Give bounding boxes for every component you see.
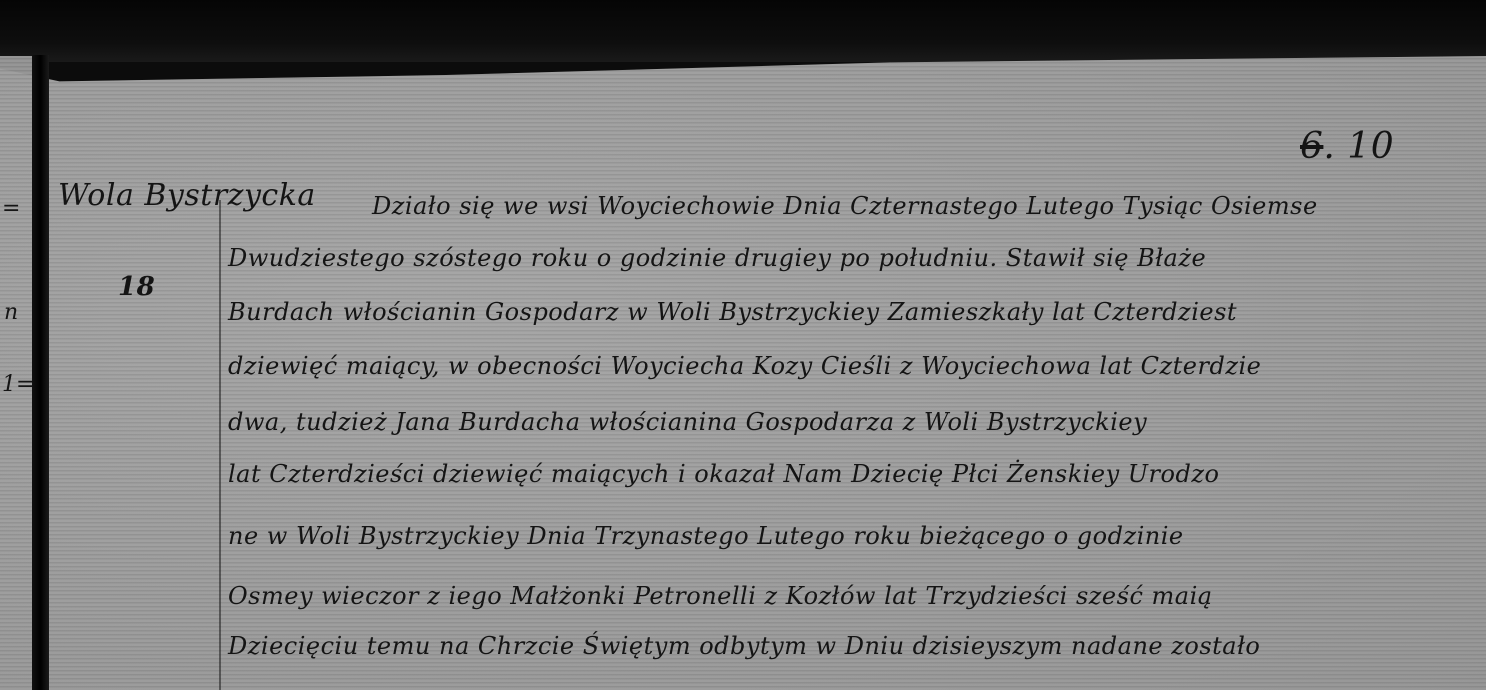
- facing-page-fragment: =: [2, 196, 20, 221]
- book-gutter: [32, 55, 49, 690]
- margin-place-name: Wola Bystrzycka: [58, 178, 316, 213]
- record-line-4: dziewięć maiący, w obecności Woyciecha K…: [228, 352, 1261, 380]
- margin-rule: [219, 200, 221, 690]
- record-line-3: Burdach włościanin Gospodarz w Woli Byst…: [228, 298, 1237, 326]
- record-line-6: lat Czterdzieści dziewięć maiących i oka…: [228, 460, 1219, 488]
- folio-number-current: 10: [1347, 126, 1394, 167]
- record-line-1: Działo się we wsi Woyciechowie Dnia Czte…: [372, 192, 1318, 220]
- facing-page-fragment: n: [4, 300, 18, 325]
- scan-top-shadow: [0, 0, 1486, 62]
- record-line-2: Dwudziestego szóstego roku o godzinie dr…: [228, 244, 1206, 272]
- record-line-8: Osmey wieczor z iego Małżonki Petronelli…: [228, 582, 1213, 610]
- record-line-5: dwa, tudzież Jana Burdacha włościanina G…: [228, 408, 1147, 436]
- record-line-7: ne w Woli Bystrzyckiey Dnia Trzynastego …: [228, 522, 1184, 550]
- folio-number: 6. 10: [1300, 126, 1394, 167]
- record-line-9: Dziecięciu temu na Chrzcie Świętym odbyt…: [228, 632, 1260, 660]
- facing-page-fragment: 1=: [2, 372, 34, 397]
- folio-number-struck: 6: [1300, 126, 1323, 167]
- entry-number: 18: [118, 272, 155, 302]
